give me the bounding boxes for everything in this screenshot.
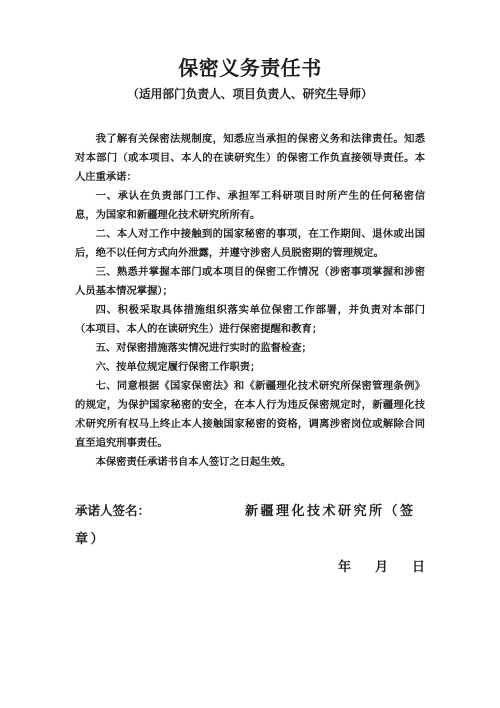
intro-paragraph: 我了解有关保密法规制度，知悉应当承担的保密义务和法律责任。知悉对本部门（或本项目… xyxy=(75,130,425,187)
day-label: 日 xyxy=(412,553,425,581)
clause-paragraph: 三、熟悉并掌握本部门或本项目的保密工作情况（涉密事项掌握和涉密人员基本情况掌握）… xyxy=(75,263,425,301)
organization-row: 章） xyxy=(75,525,425,553)
clause-paragraph: 六、按单位规定履行保密工作职责； xyxy=(75,358,425,377)
organization-name-line2: 章） xyxy=(75,531,106,546)
date-row: 年 月 日 xyxy=(75,553,425,581)
clause-paragraph: 一、承认在负责部门工作、承担军工科研项目时所产生的任何秘密信息，为国家和新疆理化… xyxy=(75,187,425,225)
closing-paragraph: 本保密责任承诺书自本人签订之日起生效。 xyxy=(75,453,425,472)
numbered-clauses: 一、承认在负责部门工作、承担军工科研项目时所产生的任何秘密信息，为国家和新疆理化… xyxy=(75,187,425,453)
document-title: 保密义务责任书 xyxy=(75,56,425,82)
signer-label: 承诺人签名： xyxy=(75,504,150,518)
month-label: 月 xyxy=(375,553,388,581)
year-label: 年 xyxy=(338,553,351,581)
organization-name-line1: 新疆理化技术研究所（签 xyxy=(245,497,416,525)
clause-paragraph: 五、对保密措施落实情况进行实时的监督检查； xyxy=(75,339,425,358)
clause-paragraph: 四、积极采取具体措施组织落实单位保密工作部署，并负责对本部门（本项目、本人的在读… xyxy=(75,301,425,339)
document-subtitle: （适用部门负责人、项目负责人、研究生导师） xyxy=(75,86,425,103)
clause-paragraph: 七、同意根据《国家保密法》和《新疆理化技术研究所保密管理条例》的规定，为保护国家… xyxy=(75,377,425,453)
signature-block: 承诺人签名： 新疆理化技术研究所（签 章） 年 月 日 xyxy=(75,497,425,581)
document-body: 我了解有关保密法规制度，知悉应当承担的保密义务和法律责任。知悉对本部门（或本项目… xyxy=(75,130,425,472)
document-page: 保密义务责任书 （适用部门负责人、项目负责人、研究生导师） 我了解有关保密法规制… xyxy=(0,0,500,708)
clause-paragraph: 二、本人对工作中接触到的国家秘密的事项，在工作期间、退休或出国后，绝不以任何方式… xyxy=(75,225,425,263)
signature-row: 承诺人签名： 新疆理化技术研究所（签 xyxy=(75,497,425,525)
